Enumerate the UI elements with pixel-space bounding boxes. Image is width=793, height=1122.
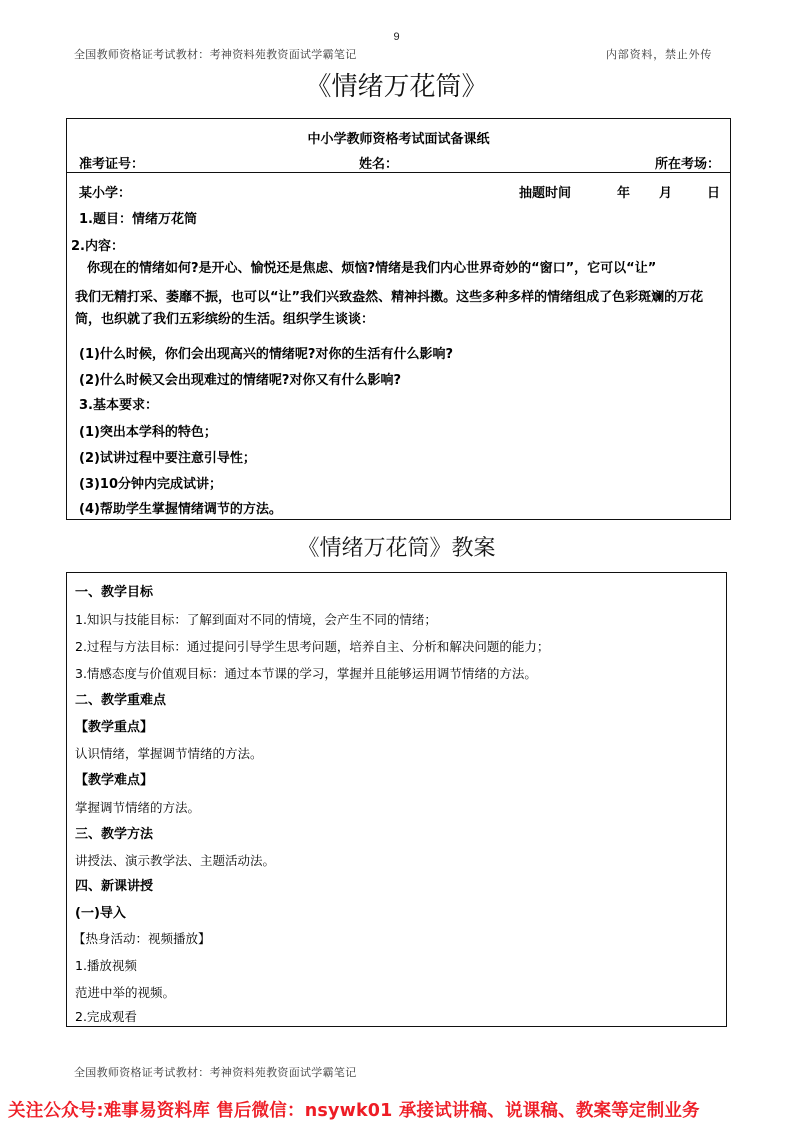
footer-source-text: 全国教师资格证考试教材：考神资料苑教资面试学霸笔记 xyxy=(74,1064,357,1080)
exam-sheet-header: 中小学教师资格考试面试备课纸 准考证号： 姓名： 所在考场： xyxy=(67,119,730,173)
section-heading-key-points: 二、教学重难点 xyxy=(75,689,166,708)
lesson-plan-box: 一、教学目标 1.知识与技能目标：了解到面对不同的情境，会产生不同的情绪； 2.… xyxy=(66,572,727,1027)
warmup-activity-label: 【热身活动：视频播放】 xyxy=(73,929,211,947)
content-paragraph-2: 我们无精打采、萎靡不振，也可以“让”我们兴致盎然、精神抖擞。这些多种多样的情绪组… xyxy=(75,287,725,331)
content-label: 2.内容： xyxy=(71,235,124,254)
lesson-plan-title: 《情绪万花筒》教案 xyxy=(0,534,793,564)
content-line-1: 你现在的情绪如何?是开心、愉悦还是焦虑、烦恼?情绪是我们内心世界奇妙的“窗口”，… xyxy=(87,257,656,276)
school-label: 某小学： xyxy=(79,182,131,201)
draw-time-day: 日 xyxy=(707,182,720,201)
main-title: 《情绪万花筒》 xyxy=(0,70,793,104)
header-source-text: 全国教师资格证考试教材：考神资料苑教资面试学霸笔记 xyxy=(74,46,357,62)
key-point-text: 认识情绪，掌握调节情绪的方法。 xyxy=(75,744,263,762)
objective-knowledge: 1.知识与技能目标：了解到面对不同的情境，会产生不同的情绪； xyxy=(75,610,437,628)
requirements-label: 3.基本要求： xyxy=(79,394,158,413)
requirement-2: (2)试讲过程中要注意引导性； xyxy=(79,447,256,466)
exam-room-label: 所在考场： xyxy=(655,153,720,172)
requirement-4: (4)帮助学生掌握情绪调节的方法。 xyxy=(79,498,282,517)
document-page: 9 全国教师资格证考试教材：考神资料苑教资面试学霸笔记 内部资料，禁止外传 《情… xyxy=(0,0,793,1122)
section-heading-new-lesson: 四、新课讲授 xyxy=(75,875,153,894)
requirement-3: (3)10分钟内完成试讲； xyxy=(79,473,222,492)
exam-id-label: 准考证号： xyxy=(79,153,144,172)
difficulty-text: 掌握调节情绪的方法。 xyxy=(75,798,200,816)
name-label: 姓名： xyxy=(359,153,398,172)
page-number: 9 xyxy=(0,31,793,43)
header-confidential-notice: 内部资料，禁止外传 xyxy=(606,46,712,62)
methods-text: 讲授法、演示教学法、主题活动法。 xyxy=(75,851,275,869)
video-description: 范进中举的视频。 xyxy=(75,983,175,1001)
promo-banner: 关注公众号:难事易资料库 售后微信：nsywk01 承接试讲稿、说课稿、教案等定… xyxy=(8,1097,793,1122)
step-play-video: 1.播放视频 xyxy=(75,956,137,974)
topic-line: 1.题目：情绪万花筒 xyxy=(79,208,197,227)
step-finish-watching: 2.完成观看 xyxy=(75,1007,137,1025)
objective-attitude: 3.情感态度与价值观目标：通过本节课的学习，掌握并且能够运用调节情绪的方法。 xyxy=(75,664,537,682)
exam-sheet-title: 中小学教师资格考试面试备课纸 xyxy=(67,128,730,147)
draw-time-year: 年 xyxy=(617,182,630,201)
exam-sheet-box: 中小学教师资格考试面试备课纸 准考证号： 姓名： 所在考场： 某小学： 抽题时间… xyxy=(66,118,731,520)
subheading-introduction: (一)导入 xyxy=(75,902,126,921)
requirement-1: (1)突出本学科的特色； xyxy=(79,421,217,440)
objective-process: 2.过程与方法目标：通过提问引导学生思考问题，培养自主、分析和解决问题的能力； xyxy=(75,637,549,655)
section-heading-methods: 三、教学方法 xyxy=(75,823,153,842)
draw-time-label: 抽题时间 xyxy=(519,182,571,201)
question-2: (2)什么时候又会出现难过的情绪呢?对你又有什么影响? xyxy=(79,369,401,388)
subheading-key-point: 【教学重点】 xyxy=(75,716,153,735)
section-heading-objectives: 一、教学目标 xyxy=(75,581,153,600)
question-1: (1)什么时候，你们会出现高兴的情绪呢?对你的生活有什么影响? xyxy=(79,343,453,362)
draw-time-month: 月 xyxy=(659,182,672,201)
subheading-difficulty: 【教学难点】 xyxy=(75,769,153,788)
